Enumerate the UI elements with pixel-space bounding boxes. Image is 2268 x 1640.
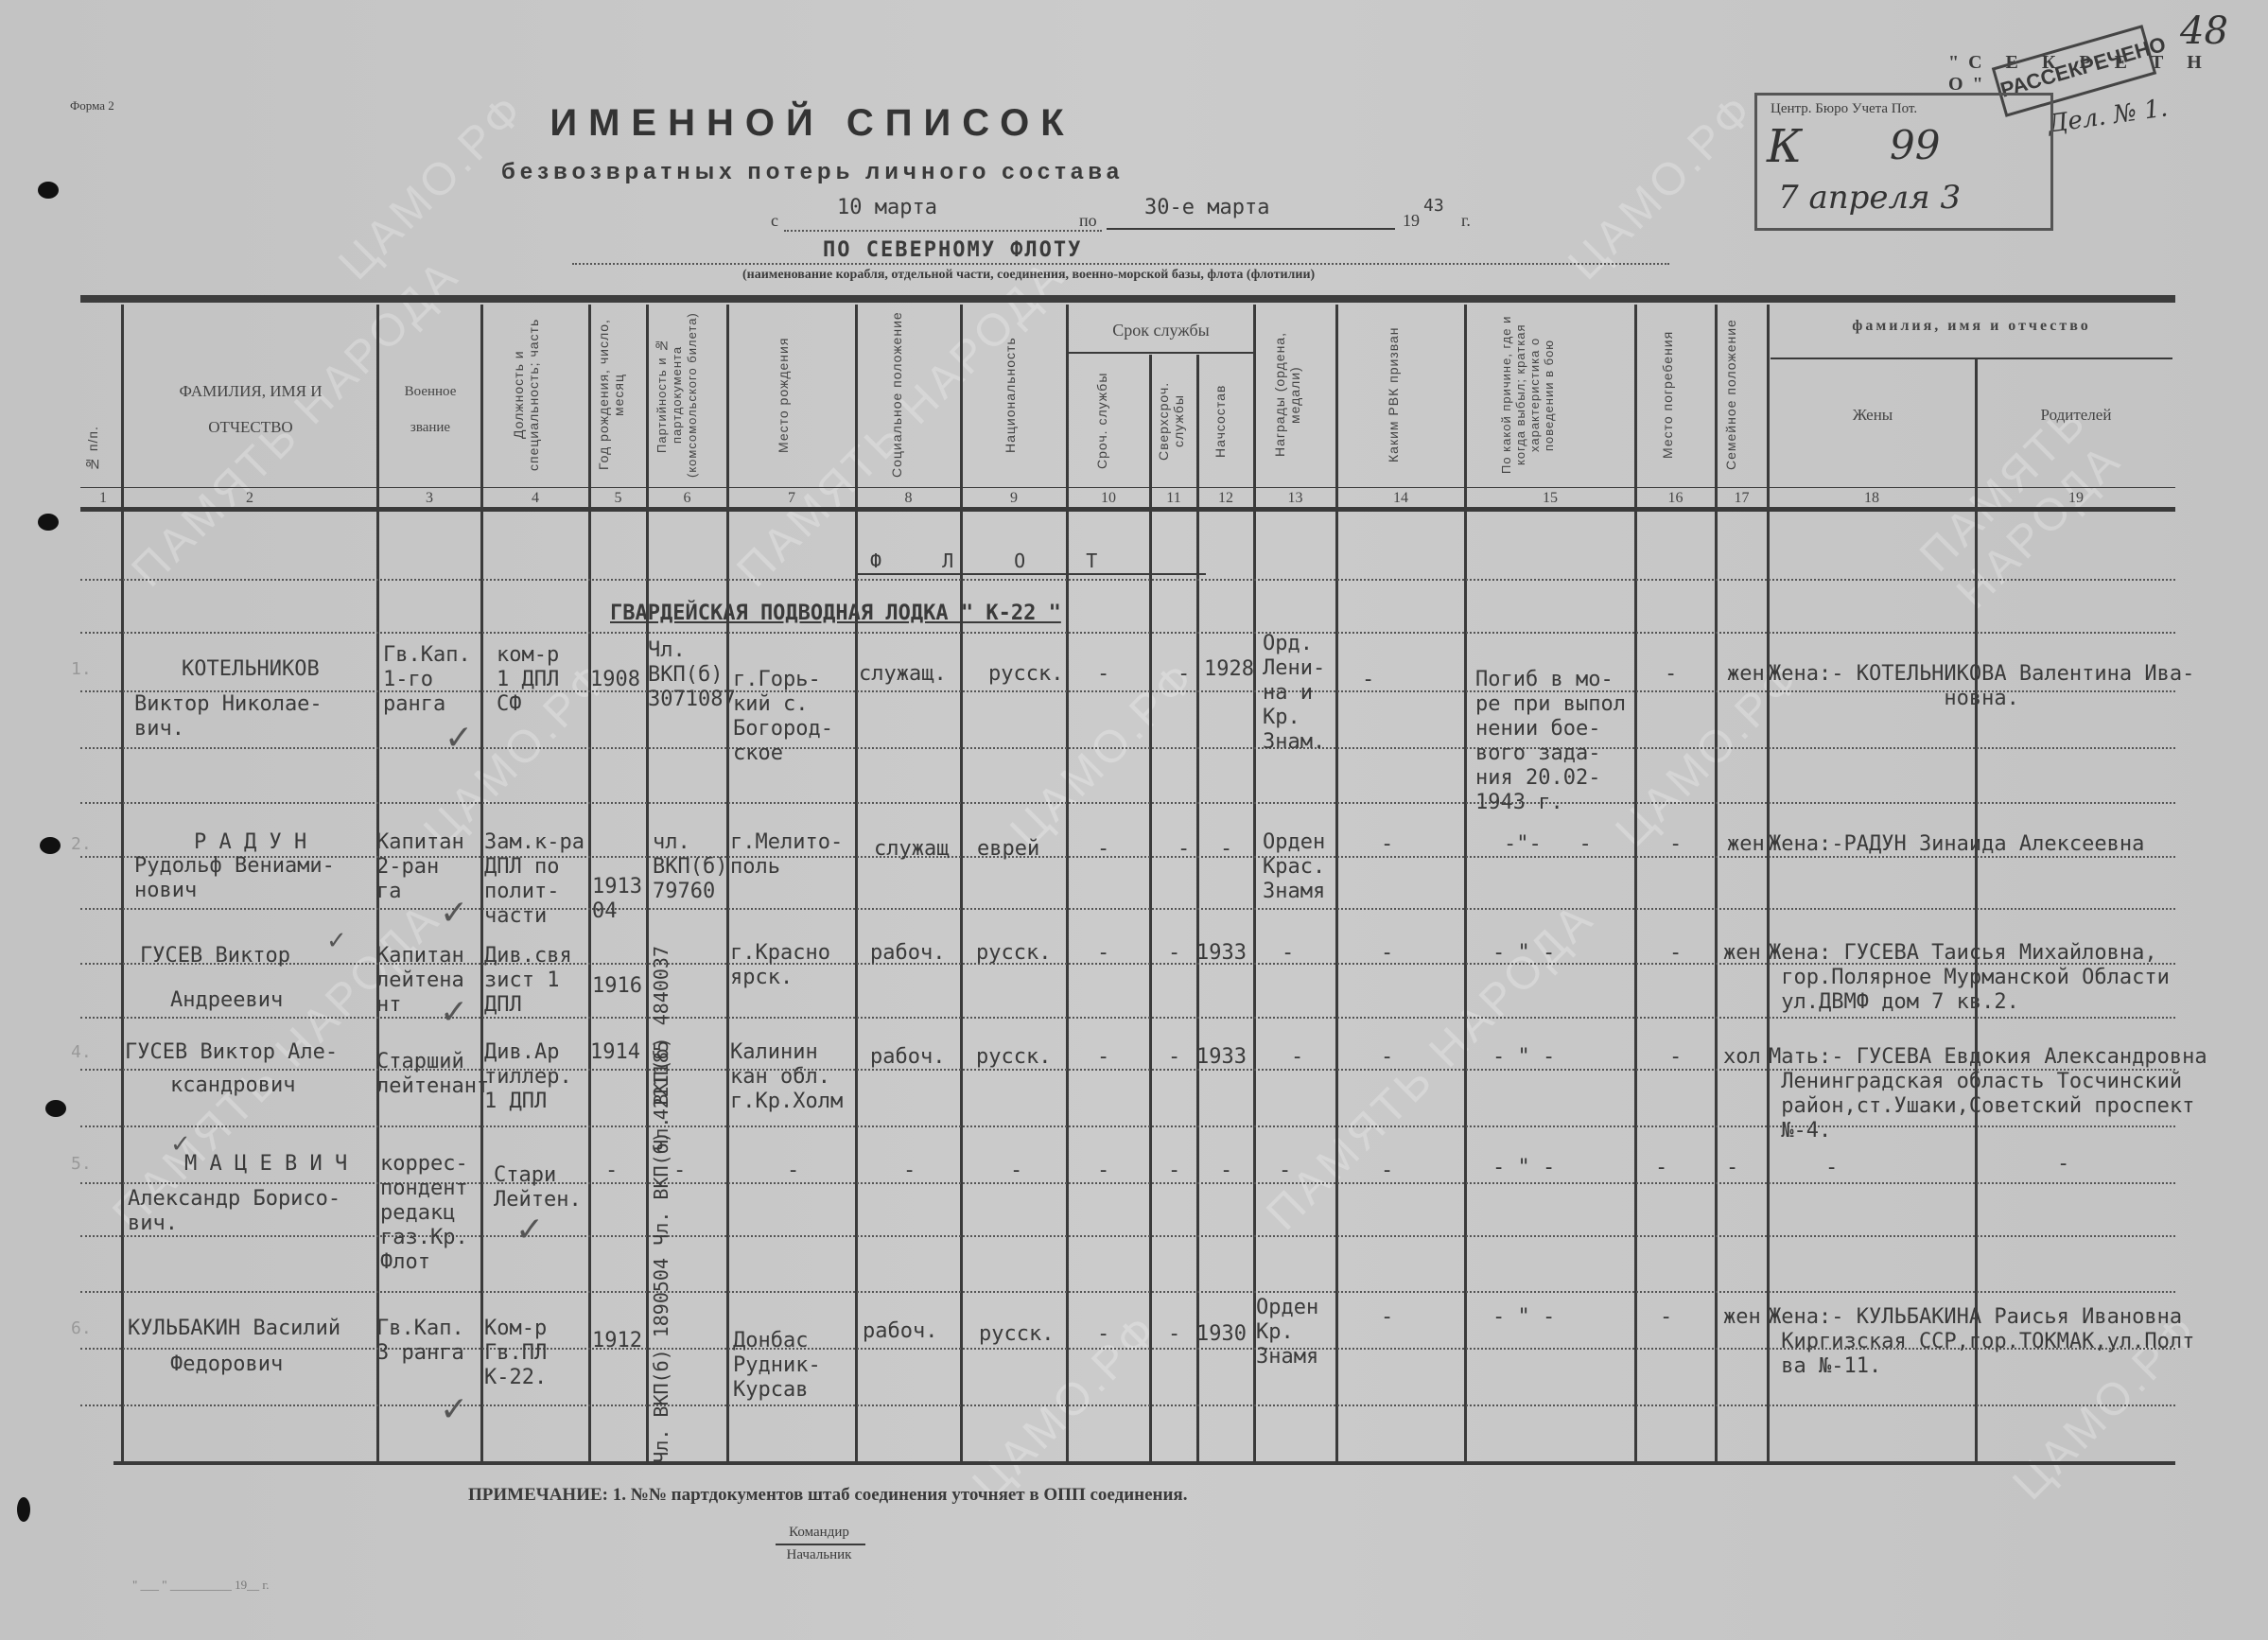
colnum-15: 15 <box>1466 490 1634 507</box>
cell-born: 1914 <box>590 1040 640 1065</box>
unit-caption: (наименование корабля, отдельной части, … <box>742 268 1315 283</box>
colnum-2: 2 <box>123 490 376 507</box>
cell-party: Чл. ВКП(б) 3071087 <box>648 638 736 712</box>
header-group-family: фамилия, имя и отчество <box>1771 318 2172 335</box>
col-divider <box>1066 305 1069 1463</box>
cell-position: Ком-р Гв.ПЛ К-22. <box>484 1317 547 1390</box>
table-bottom-border <box>113 1461 2175 1465</box>
colnum-12: 12 <box>1198 490 1253 507</box>
cell-name: ксандрович <box>170 1073 295 1098</box>
colnum-5: 5 <box>590 490 646 507</box>
header-col-4: Должность и специальность; часть <box>511 307 567 482</box>
cell-relatives: Жена: ГУСЕВА Таисья Михайловна, гор.Поля… <box>1769 941 2170 1015</box>
cell-family: жен <box>1723 1305 1761 1330</box>
col-divider <box>1975 359 1978 1463</box>
cell-family: - <box>1726 1156 1738 1180</box>
cell-nation: еврей <box>977 837 1039 862</box>
cell-col12: 1930 <box>1196 1322 1247 1347</box>
col-divider <box>1335 305 1338 1463</box>
cell-col11: - <box>1168 1159 1180 1183</box>
cell-family: жен <box>1727 662 1765 687</box>
checkmark-icon: ✓ <box>170 1130 191 1159</box>
header-col-10: Сроч. службы <box>1094 359 1121 482</box>
header-col-3: Военное звание <box>393 374 468 445</box>
cell-rank: коррес- пондент редакц газ.Кр. Флот <box>380 1152 468 1275</box>
cell-num: 6. <box>71 1317 92 1341</box>
family-group-underline <box>1771 358 2172 359</box>
punch-hole <box>38 514 59 531</box>
cell-num: 5. <box>71 1152 92 1177</box>
cell-rank: Старший лейтенант <box>376 1050 489 1099</box>
page-number: 48 <box>2180 9 2228 53</box>
cell-col10: - <box>1097 1159 1109 1183</box>
cell-relatives: Жена:- КУЛЬБАКИНА Раисья Ивановна Киргиз… <box>1769 1305 2194 1379</box>
header-col-15: По какой причине, где и когда выбыл; кра… <box>1499 307 1594 482</box>
cell-family: жен <box>1727 832 1765 857</box>
colnum-14: 14 <box>1337 490 1464 507</box>
cell-surname: КОТЕЛЬНИКОВ <box>182 657 320 682</box>
cell-surname: М А Ц Е В И Ч <box>184 1152 347 1177</box>
colnum-13: 13 <box>1255 490 1335 507</box>
row-guide <box>80 908 2175 910</box>
cell-surname: ГУСЕВ Виктор Але- <box>125 1040 338 1065</box>
cell-born: 1913 04 <box>592 875 642 924</box>
punch-hole <box>40 837 61 854</box>
col-divider <box>1634 305 1637 1463</box>
cell-reason: -"- - <box>1504 832 1592 857</box>
cell-name: Александр Борисо- вич. <box>128 1187 340 1236</box>
cell-rvk: - <box>1381 941 1393 966</box>
colnum-row-line <box>80 487 2175 488</box>
cell-position: ком-р 1 ДПЛ СФ <box>497 643 559 717</box>
cell-rank: Гв.Кап. 3 ранга <box>376 1317 464 1366</box>
colnum-3: 3 <box>378 490 480 507</box>
period-year-prefix: 19 <box>1403 211 1420 231</box>
cell-burial: - <box>1669 941 1682 966</box>
header-col-13: Награды (ордена, медали) <box>1272 307 1317 482</box>
colnum-16: 16 <box>1636 490 1715 507</box>
cell-name: Федорович <box>170 1352 283 1377</box>
punch-hole <box>17 1497 30 1522</box>
header-col-16: Место погребения <box>1660 307 1688 482</box>
cell-awards: Орден Кр. Знамя <box>1256 1296 1318 1370</box>
cell-nation: - <box>1010 1159 1022 1183</box>
cell-col11: - <box>1168 1045 1180 1070</box>
period-to-value: 30-е марта <box>1144 196 1269 220</box>
unit-name: ПО СЕВЕРНОМУ ФЛОТУ <box>823 238 1082 263</box>
table-top-border <box>80 295 2175 303</box>
footer-date-blank: " ___ " __________ 19__ г. <box>132 1578 269 1593</box>
period-from-value: 10 марта <box>837 196 937 220</box>
cell-social: - <box>903 1159 916 1183</box>
cell-col11: - <box>1168 1322 1180 1347</box>
col-divider <box>855 305 858 1463</box>
cell-awards: Орден Крас. Знамя <box>1263 830 1325 904</box>
cell-col10: - <box>1097 837 1109 862</box>
colnum-1: 1 <box>85 490 121 507</box>
cell-awards: Орд. Лени- на и Кр. Знам. <box>1263 632 1325 755</box>
service-group-underline <box>1069 352 1253 354</box>
header-group-service: Срок службы <box>1069 322 1253 339</box>
checkmark-icon: ✓ <box>445 719 473 758</box>
cell-social: служащ. <box>859 662 947 687</box>
colnum-4: 4 <box>482 490 588 507</box>
header-col-11: Сверхсроч. службы <box>1156 359 1194 482</box>
cell-birthplace: Донбас Рудник- Курсав <box>733 1329 821 1403</box>
colnum-17: 17 <box>1717 490 1767 507</box>
cell-party: чл. ВКП(б) 79760 <box>653 830 727 904</box>
period-from-underline <box>784 230 1102 232</box>
cell-relatives: Мать:- ГУСЕВА Евдокия Александровна Лени… <box>1769 1045 2207 1143</box>
header-col-17: Семейное положение <box>1723 307 1761 482</box>
cell-burial: - <box>1665 662 1677 687</box>
header-col-7: Место рождения <box>776 307 804 482</box>
header-bottom-border <box>80 507 2175 512</box>
document-subtitle: безвозвратных потерь личного состава <box>0 159 1946 185</box>
cell-party-vertical: Чл. ВКП(б) 4221185 <box>649 1040 673 1246</box>
checkmark-icon: ✓ <box>440 894 468 933</box>
header-col-5: Год рождения, число, месяц <box>596 307 641 482</box>
cell-party: - <box>673 1159 686 1183</box>
cell-name: Рудольф Вениами- нович <box>134 854 335 903</box>
colnum-10: 10 <box>1068 490 1149 507</box>
cell-rvk: - <box>1381 1159 1393 1183</box>
row-guide <box>80 579 2175 581</box>
cell-col10: - <box>1097 662 1109 687</box>
row-guide <box>80 802 2175 804</box>
cell-rvk: - <box>1381 1305 1393 1330</box>
cell-surname: КУЛЬБАКИН Василий <box>128 1317 340 1341</box>
cell-col11: - <box>1178 837 1190 862</box>
cell-col11: - <box>1178 662 1190 687</box>
cell-position: Стари Лейтен. <box>494 1163 582 1213</box>
cell-awards: - <box>1291 1045 1303 1070</box>
cell-birthplace: г.Мелито- поль <box>730 830 843 880</box>
cell-relatives: Жена:-РАДУН Зинаида Алексеевна <box>1769 832 2144 857</box>
period-line: с 10 марта по 30-е марта 19 43 г. <box>771 194 1490 232</box>
header-col-6: Партийность и № партдокумента (комсомоль… <box>654 307 721 482</box>
cell-rvk: - <box>1381 832 1393 857</box>
header-col-8: Социальное положение <box>889 307 927 482</box>
cell-family: хол <box>1723 1045 1761 1070</box>
footer-note: ПРИМЕЧАНИЕ: 1. №№ партдокументов штаб со… <box>468 1485 1187 1506</box>
col-divider <box>960 305 963 1463</box>
cell-social: рабоч. <box>870 1045 945 1070</box>
cell-social: служащ <box>874 837 949 862</box>
checkmark-icon: ✓ <box>515 1211 544 1249</box>
cell-parents: - <box>2057 1152 2069 1177</box>
checkmark-icon: ✓ <box>326 927 347 955</box>
cell-relatives: Жена:- КОТЕЛЬНИКОВА Валентина Ива- новна… <box>1769 662 2194 711</box>
cell-birthplace: Калинин кан обл. г.Кр.Холм <box>730 1040 843 1114</box>
cell-num: 4. <box>71 1040 92 1065</box>
cell-col12: 1928 <box>1204 657 1254 682</box>
cell-party-vertical: Чл. ВКП(б) 1890504 <box>649 1258 673 1463</box>
header-col-2: ФАМИЛИЯ, ИМЯ И ОТЧЕСТВО <box>151 374 350 445</box>
signature-chief: Начальник <box>781 1547 857 1563</box>
cell-burial: - <box>1655 1156 1667 1180</box>
colnum-6: 6 <box>648 490 726 507</box>
colnum-9: 9 <box>962 490 1066 507</box>
cell-col10: - <box>1097 941 1109 966</box>
colnum-11: 11 <box>1151 490 1196 507</box>
cell-num: 2. <box>71 832 92 857</box>
cell-birthplace: - <box>787 1159 799 1183</box>
cell-relatives: - <box>1825 1156 1838 1180</box>
colnum-8: 8 <box>857 490 960 507</box>
cell-num: 1. <box>71 657 92 682</box>
col-divider <box>480 305 483 1463</box>
punch-hole <box>45 1100 66 1117</box>
cell-reason: - " - <box>1492 1045 1555 1070</box>
cell-reason: - " - <box>1492 1305 1555 1330</box>
header-col-19: Родителей <box>1981 407 2171 424</box>
cell-nation: русск. <box>988 662 1063 687</box>
subsection-label-submarine: ГВАРДЕЙСКАЯ ПОДВОДНАЯ ЛОДКА " К-22 " <box>610 602 1061 626</box>
header-col-1: № п/п. <box>85 416 113 482</box>
cell-awards: - <box>1282 941 1294 966</box>
cell-born: 1912 <box>592 1329 642 1353</box>
cell-born: - <box>605 1159 618 1183</box>
colnum-19: 19 <box>1977 490 2175 507</box>
cell-family: жен <box>1723 941 1761 966</box>
cell-social: рабоч. <box>870 941 945 966</box>
cell-rvk: - <box>1381 1045 1393 1070</box>
signature-commander: Командир <box>781 1525 857 1541</box>
col-divider <box>1464 305 1467 1463</box>
header-col-14: Каким РВК призван <box>1386 307 1414 482</box>
cell-rvk: - <box>1362 668 1374 692</box>
period-year-value: 43 <box>1423 194 1444 218</box>
cell-burial: - <box>1660 1305 1672 1330</box>
signature-divider <box>776 1544 865 1545</box>
cell-burial: - <box>1669 832 1682 857</box>
cell-col12: - <box>1220 1159 1232 1183</box>
cell-position: Див.свя зист 1 ДПЛ <box>484 944 572 1018</box>
col-divider <box>1715 305 1718 1463</box>
cell-col10: - <box>1097 1045 1109 1070</box>
section-label-underline <box>856 573 1206 575</box>
header-col-9: Национальность <box>1003 307 1029 482</box>
checkmark-icon: ✓ <box>440 1390 468 1429</box>
header-col-12: Начсостав <box>1213 359 1239 482</box>
cell-surname: Р А Д У Н <box>194 830 306 855</box>
period-to-label: по <box>1079 211 1097 231</box>
colnum-7: 7 <box>728 490 855 507</box>
header-col-18: Жены <box>1773 407 1972 424</box>
cell-position: Зам.к-ра ДПЛ по полит- части <box>484 830 584 929</box>
cell-rank: Гв.Кап. 1-го ранга <box>383 643 471 717</box>
cell-nation: русск. <box>976 1045 1051 1070</box>
cell-name: Виктор Николае- вич. <box>134 692 323 741</box>
cell-col10: - <box>1097 1322 1109 1347</box>
cell-reason: - " - <box>1492 1156 1555 1180</box>
cell-birthplace: г.Горь- кий с. Богород- ское <box>733 668 833 766</box>
row-guide <box>80 1404 2175 1406</box>
checkmark-icon: ✓ <box>440 993 468 1032</box>
cell-nation: русск. <box>976 941 1051 966</box>
cell-reason: - " - <box>1492 941 1555 966</box>
cell-burial: - <box>1669 1045 1682 1070</box>
col-divider <box>1767 305 1770 1463</box>
cell-nation: русск. <box>979 1322 1054 1347</box>
secrecy-handwritten-note: Дел. № 1. <box>2047 94 2170 138</box>
period-from-label: с <box>771 211 778 231</box>
unit-underline <box>572 263 1669 265</box>
cell-social: рабоч. <box>863 1319 937 1344</box>
col-divider <box>121 305 124 1463</box>
row-guide <box>80 1291 2175 1293</box>
cell-born: 1916 <box>592 974 642 999</box>
cell-col12: 1933 <box>1196 1045 1247 1070</box>
period-to-underline <box>1107 228 1395 230</box>
cell-position: Див.Ар тиллер. 1 ДПЛ <box>484 1040 572 1114</box>
colnum-18: 18 <box>1769 490 1975 507</box>
cell-birthplace: г.Красно ярск. <box>730 941 830 990</box>
row-guide <box>80 632 2175 634</box>
col-divider <box>1253 305 1256 1463</box>
cell-col12: - <box>1220 837 1232 862</box>
period-year-unit: г. <box>1461 211 1471 231</box>
cell-awards: - <box>1279 1159 1291 1183</box>
cell-surname: ГУСЕВ Виктор <box>140 944 290 968</box>
cell-col11: - <box>1168 941 1180 966</box>
cell-name: Андреевич <box>170 988 283 1013</box>
cell-reason: Погиб в мо- ре при выпол нении боe- вого… <box>1475 668 1626 815</box>
document-title: ИМЕННОЙ СПИСОК <box>0 102 1946 145</box>
cell-col12: 1933 <box>1196 941 1247 966</box>
cell-born: 1908 <box>590 668 640 692</box>
row-guide <box>80 747 2175 749</box>
section-label-flot: Ф Л О Т <box>870 549 1122 573</box>
col-divider <box>588 305 591 1463</box>
